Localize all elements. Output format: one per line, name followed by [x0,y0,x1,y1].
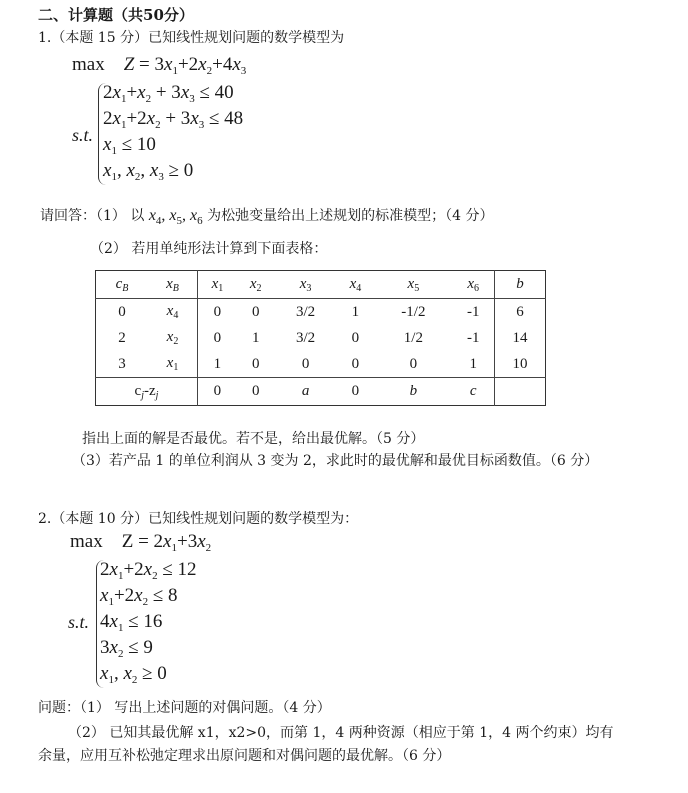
cell: 0 [237,378,275,406]
reduced-cost-row: cj-zj 0 0 a 0 b c [96,378,546,406]
cell: 0 [374,351,452,378]
q1-constraints: 2x1+x2 + 3x3 ≤ 40 2x1+2x2 + 3x3 ≤ 48 x1 … [103,80,243,184]
table-row: 0 x4 0 0 3/2 1 -1/2 -1 6 [96,299,546,326]
header-x2: x2 [237,271,275,299]
cell [495,378,546,406]
table-header-row: cB xB x1 x2 x3 x4 x5 x6 b [96,271,546,299]
header-x1: x1 [198,271,237,299]
q1-objective-lhs: Z [124,54,135,75]
cell: 1 [337,299,375,326]
q2-constraints: 2x1+2x2 ≤ 12 x1+2x2 ≤ 8 4x1 ≤ 16 3x2 ≤ 9… [100,557,197,687]
cell: 0 [337,351,375,378]
cell: 0 [237,299,275,326]
cell: 0 [337,325,375,351]
q1-part1-prefix: 请回答：（1） 以 [40,208,144,224]
header-x6: x6 [452,271,494,299]
q2-objective-sense: max [70,531,103,552]
q1-constraint-4: x1, x2, x3 ≥ 0 [103,158,243,184]
q1-constraint-2: 2x1+2x2 + 3x3 ≤ 48 [103,106,243,132]
cell: 0 [275,351,337,378]
table-row: 2 x2 0 1 3/2 0 1/2 -1 14 [96,325,546,351]
cell: 2 [96,325,149,351]
q1-part2: （2） 若用单纯形法计算到下面表格： [90,238,327,258]
cell: 10 [495,351,546,378]
cell: 1 [452,351,494,378]
cell: 14 [495,325,546,351]
q2-heading: 2.（本题 10 分）已知线性规划问题的数学模型为： [38,508,358,528]
cell: 0 [96,299,149,326]
q2-constraint-2: x1+2x2 ≤ 8 [100,583,197,609]
header-x4: x4 [337,271,375,299]
header-xb: xB [148,271,198,299]
cell: x1 [148,351,198,378]
q2-part2-line1: （2） 已知其最优解 x1，x2>0，而第 1，4 两种资源（相应于第 1，4 … [68,722,613,742]
q2-constraint-4: 3x2 ≤ 9 [100,635,197,661]
q1-objective: max Z = 3x1+2x2+4x3 [72,54,246,77]
q2-st-label: s.t. [68,612,89,633]
q1-heading: 1.（本题 15 分）已知线性规划问题的数学模型为 [38,27,344,47]
cell: 0 [198,378,237,406]
cell: 3/2 [275,299,337,326]
q1-constraint-3: x1 ≤ 10 [103,132,243,158]
q1-part1: 请回答：（1） 以 x4, x5, x6 为松弛变量给出上述规划的标准模型；（4… [40,205,493,227]
q1-st-label: s.t. [72,125,93,146]
cell: 6 [495,299,546,326]
table-row: 3 x1 1 0 0 0 0 1 10 [96,351,546,378]
q2-objective: max Z = 2x1+3x2 [70,531,211,554]
cell: a [275,378,337,406]
cell: c [452,378,494,406]
q2-constraint-1: 2x1+2x2 ≤ 12 [100,557,197,583]
cell: x2 [148,325,198,351]
q1-constraint-1: 2x1+x2 + 3x3 ≤ 40 [103,80,243,106]
q1-objective-sense: max [72,54,105,75]
header-cb: cB [96,271,149,299]
simplex-table: cB xB x1 x2 x3 x4 x5 x6 b 0 x4 0 0 3/2 1… [95,270,546,406]
q1-part2-follow: 指出上面的解是否最优。若不是，给出最优解。（5 分） [82,428,424,448]
header-b: b [495,271,546,299]
reduced-cost-label: cj-zj [96,378,198,406]
cell: -1 [452,299,494,326]
cell: 0 [337,378,375,406]
cell: 1/2 [374,325,452,351]
cell: 0 [237,351,275,378]
q1-part3: （3）若产品 1 的单位利润从 3 变为 2，求此时的最优解和最优目标函数值。（… [72,450,598,470]
cell: 0 [198,325,237,351]
cell: 0 [198,299,237,326]
cell: -1/2 [374,299,452,326]
header-x5: x5 [374,271,452,299]
header-x3: x3 [275,271,337,299]
cell: 3/2 [275,325,337,351]
cell: -1 [452,325,494,351]
cell: 1 [198,351,237,378]
cell: 1 [237,325,275,351]
q2-constraint-5: x1, x2 ≥ 0 [100,661,197,687]
q2-constraint-3: 4x1 ≤ 16 [100,609,197,635]
cell: 3 [96,351,149,378]
cell: b [374,378,452,406]
q2-part1: 问题：（1） 写出上述问题的对偶问题。（4 分） [38,697,331,717]
cell: x4 [148,299,198,326]
q2-part2-line2: 余量，应用互补松弛定理求出原问题和对偶问题的最优解。（6 分） [38,745,450,765]
q1-part1-suffix: 为松弛变量给出上述规划的标准模型；（4 分） [207,208,493,224]
q2-objective-lhs: Z [122,531,134,552]
q1-part1-vars: x4, x5, x6 [149,207,203,224]
section-title: 二、计算题（共50分） [38,4,194,25]
